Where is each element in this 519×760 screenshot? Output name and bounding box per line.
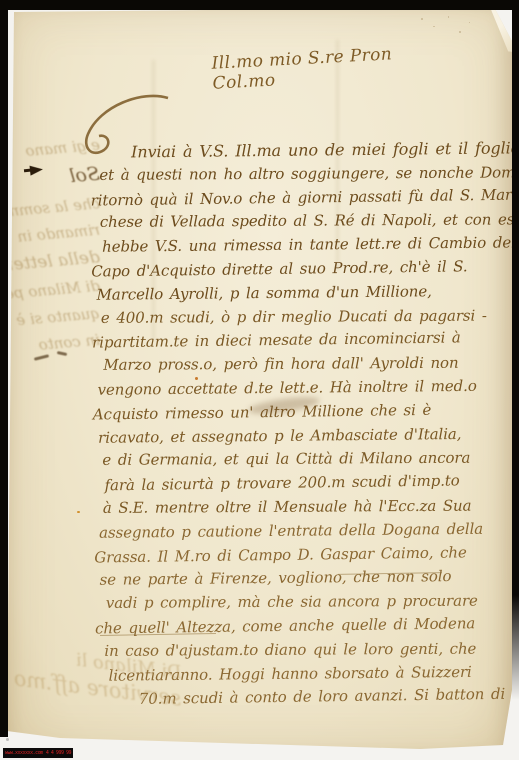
letter-body: Inviai à V.S. Ill.ma uno de miei fogli e… bbox=[75, 136, 517, 712]
bleedthrough-fragment: quanto si è bbox=[9, 304, 100, 330]
letter-line: à S.E. mentre oltre il Mensuale hà l'Ecc… bbox=[79, 494, 515, 520]
letter-line: Inviai à V.S. Ill.ma uno de miei fogli e… bbox=[75, 136, 511, 164]
letter-line: chese di Vellada spedito al S. Ré di Nap… bbox=[76, 209, 512, 235]
watermark-bar: www.xxxxxxx.com 4 4 999 99 bbox=[3, 748, 73, 758]
ink-bleedthrough-bottom: Di Milano liservitore aff.mo bbox=[12, 652, 182, 705]
bleedthrough-fragment: della lettera bbox=[0, 247, 101, 276]
scan-artifact-dot bbox=[6, 738, 9, 741]
bleedthrough-fragment: in conto bbox=[0, 331, 101, 358]
letter-line: Marzo pross.o, però fin hora dall' Ayrol… bbox=[77, 352, 513, 378]
watermark-code-text: 4 4 999 99 bbox=[46, 751, 71, 756]
letter-salutation: Ill.mo mio S.re Pron Col.mo bbox=[211, 42, 433, 93]
bleedthrough-fragment: e gi mano bbox=[0, 136, 101, 163]
scan-border-left bbox=[0, 0, 8, 737]
scan-border-right bbox=[512, 0, 519, 700]
ink-speck bbox=[77, 511, 80, 513]
bleedthrough-fragment: Sol bbox=[0, 163, 101, 194]
letter-paper: Ill.mo mio S.re Pron Col.mo Inviai à V.S… bbox=[0, 0, 519, 760]
scanned-letter-photo: Ill.mo mio S.re Pron Col.mo Inviai à V.S… bbox=[0, 0, 519, 760]
bleedthrough-fragment: di Milano per bbox=[0, 277, 101, 304]
bleedthrough-fragment: rimando in bbox=[0, 221, 101, 248]
watermark-site-text: www.xxxxxxx.com bbox=[5, 751, 43, 756]
scan-border-top bbox=[0, 0, 519, 10]
ink-speck bbox=[195, 377, 198, 380]
ink-bleedthrough-left: e gi manoSolche la sommarimando indella … bbox=[0, 140, 100, 362]
bleedthrough-fragment: che la somma bbox=[13, 194, 100, 219]
